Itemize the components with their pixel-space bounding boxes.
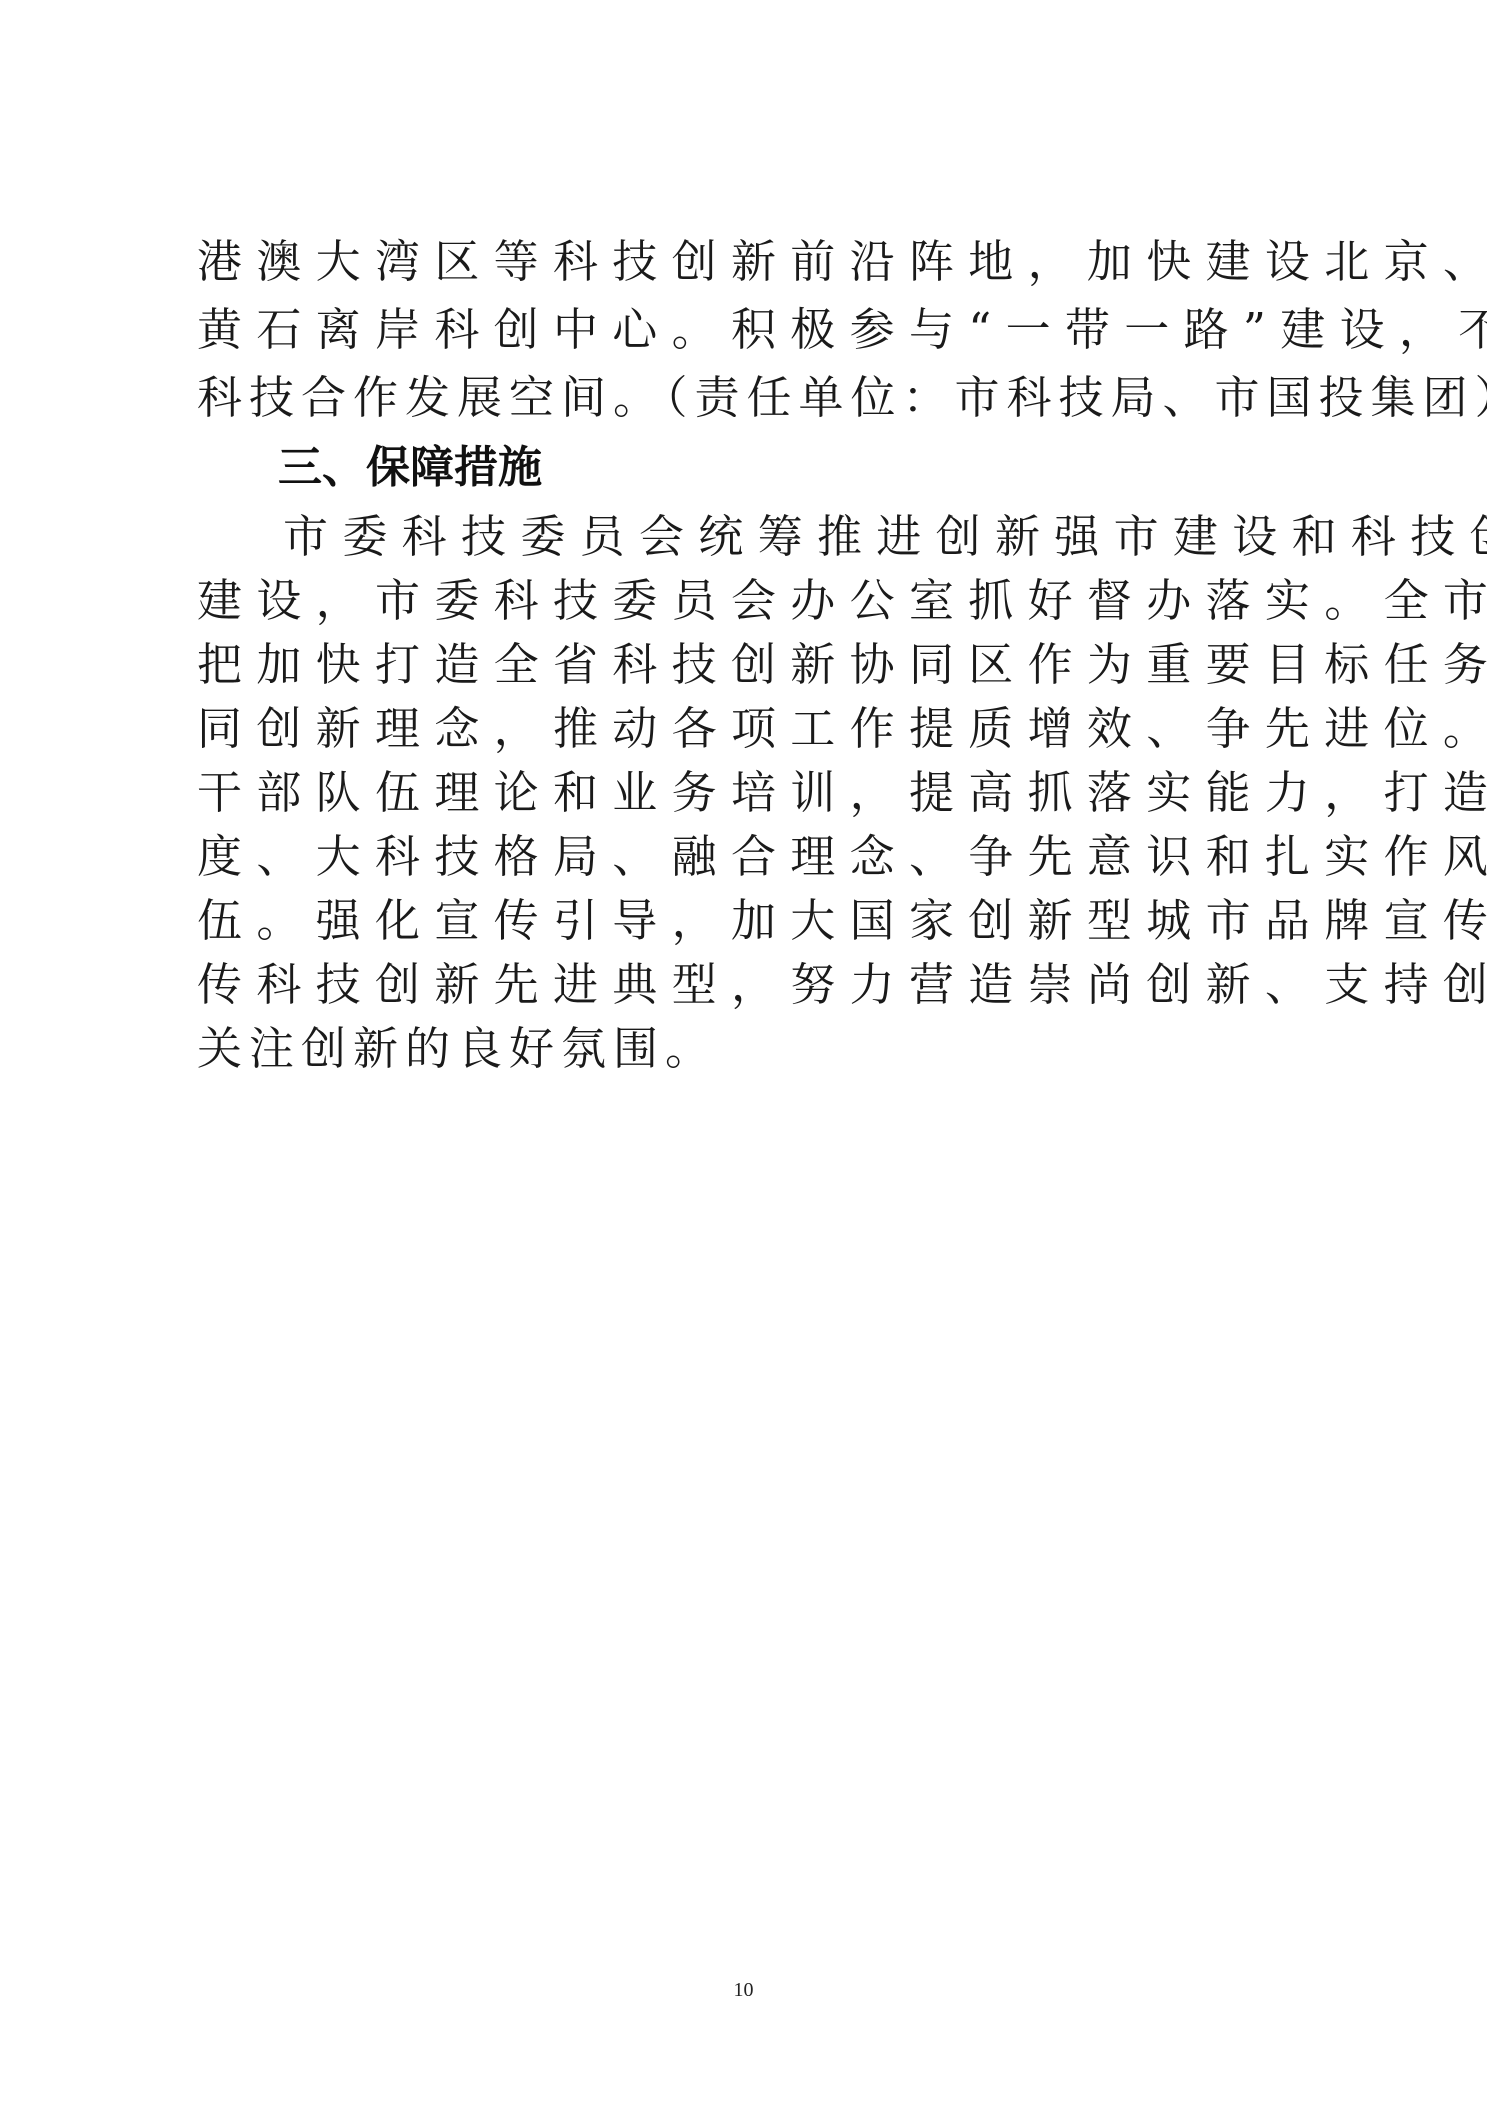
- paragraph-line: 传 科 技 创 新 先 进 典 型 ， 努 力 营 造 崇 尚 创 新 、 支 …: [197, 955, 1295, 1015]
- paragraph-line: 度 、 大 科 技 格 局 、 融 合 理 念 、 争 先 意 识 和 扎 实 …: [197, 827, 1295, 887]
- section-heading: 三、保障措施: [278, 438, 542, 498]
- paragraph-line: 港 澳 大 湾 区 等 科 技 创 新 前 沿 阵 地 ， 加 快 建 设 北 …: [197, 232, 1295, 292]
- paragraph-line: 同 创 新 理 念 ， 推 动 各 项 工 作 提 质 增 效 、 争 先 进 …: [197, 699, 1295, 759]
- paragraph-line: 黄 石 离 岸 科 创 中 心 。 积 极 参 与 “ 一 带 一 路 ” 建 …: [197, 300, 1295, 360]
- paragraph-line: 市 委 科 技 委 员 会 统 筹 推 进 创 新 强 市 建 设 和 科 技 …: [283, 507, 1295, 567]
- paragraph-line: 伍 。 强 化 宣 传 引 导 ， 加 大 国 家 创 新 型 城 市 品 牌 …: [197, 891, 1295, 951]
- paragraph-line: 干 部 队 伍 理 论 和 业 务 培 训 ， 提 高 抓 落 实 能 力 ， …: [197, 763, 1295, 823]
- paragraph-line: 建 设 ， 市 委 科 技 委 员 会 办 公 室 抓 好 督 办 落 实 。 …: [197, 571, 1295, 631]
- paragraph-line: 把 加 快 打 造 全 省 科 技 创 新 协 同 区 作 为 重 要 目 标 …: [197, 635, 1295, 695]
- paragraph-line: 科技合作发展空间。（责任单位：市科技局、市国投集团）: [197, 368, 1295, 428]
- page-number: 10: [0, 1978, 1487, 2002]
- document-page: 港 澳 大 湾 区 等 科 技 创 新 前 沿 阵 地 ， 加 快 建 设 北 …: [0, 0, 1487, 2102]
- paragraph-line: 关注创新的良好氛围。: [197, 1019, 1295, 1079]
